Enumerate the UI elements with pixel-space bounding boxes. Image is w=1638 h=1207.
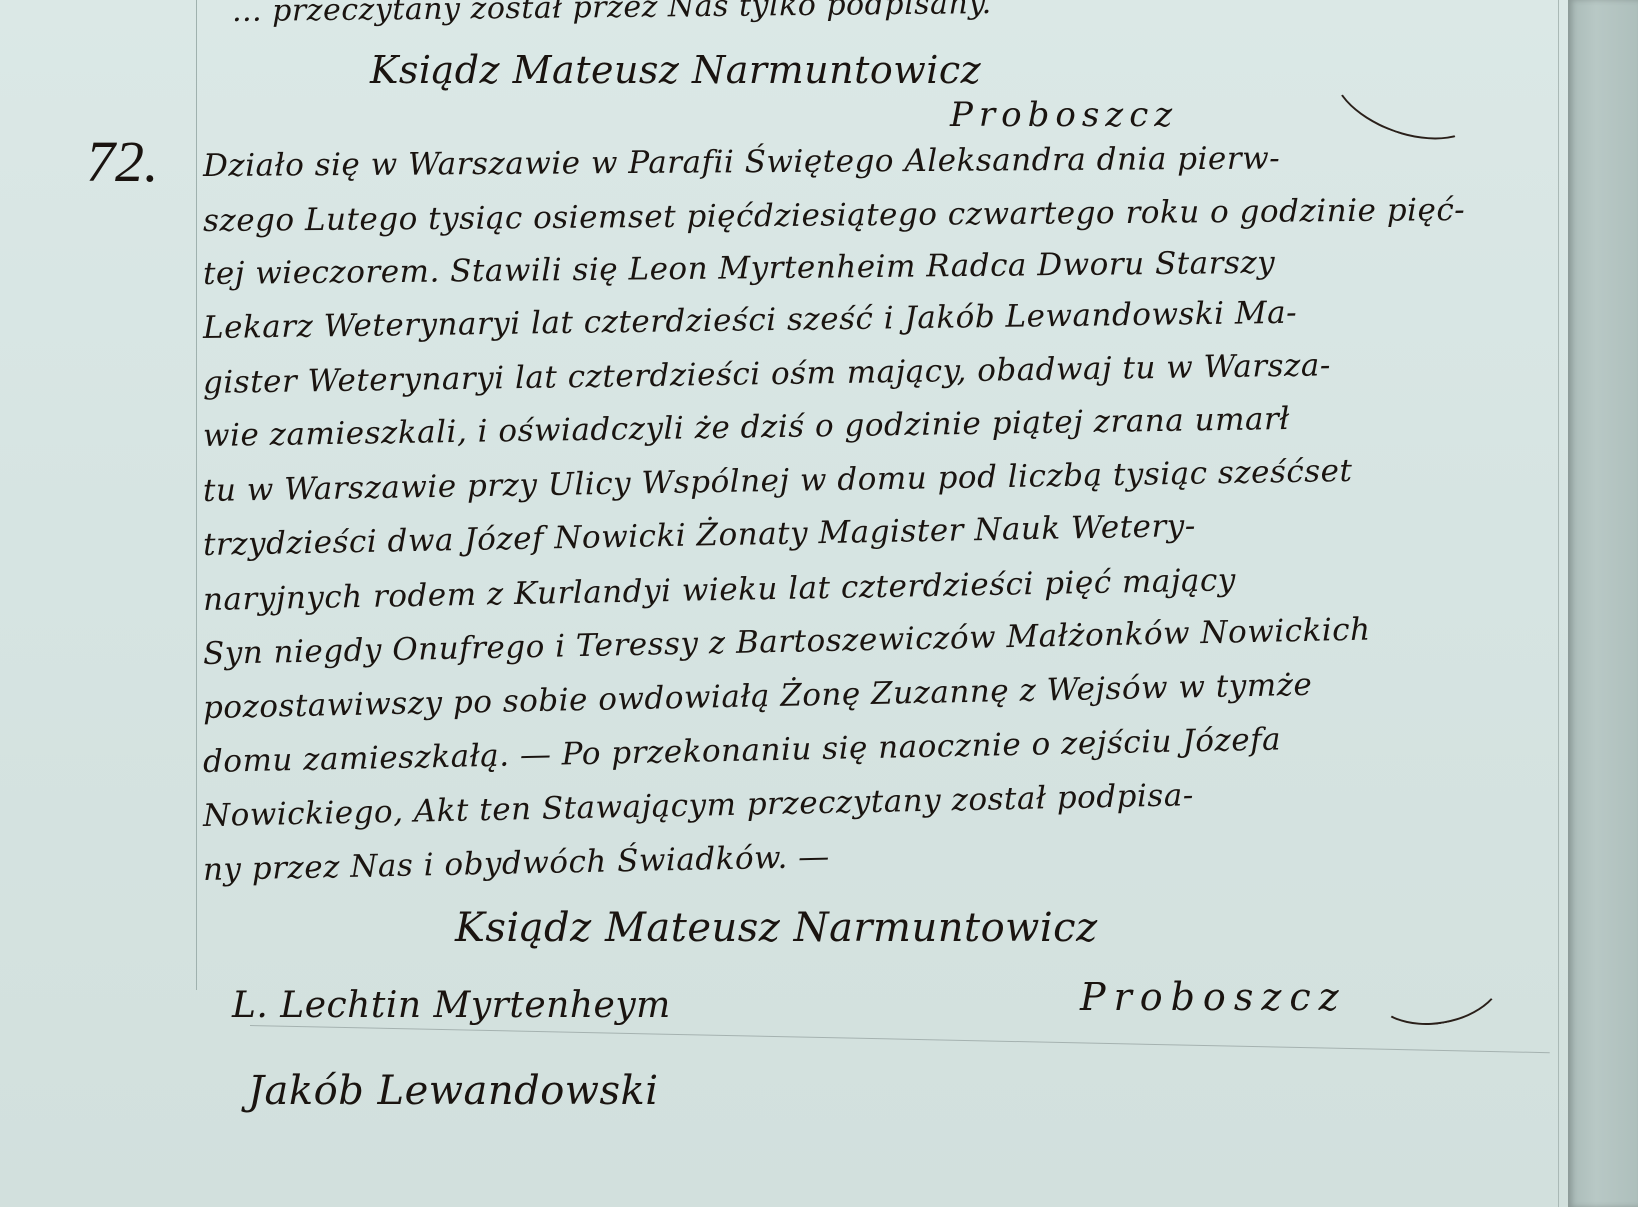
binding-gutter [1568,0,1638,1207]
record-line-1: Działo się w Warszawie w Parafii Święteg… [203,140,1280,184]
margin-rule-left [196,0,197,990]
priest-title: Proboszcz [1080,975,1347,1019]
act-number: 72. [86,128,159,195]
previous-act-priest-signature: Ksiądz Mateusz Narmuntowicz [370,48,981,92]
witness-1-signature: L. Lechtin Myrtenheym [232,985,671,1026]
witness-2-signature: Jakób Lewandowski [248,1068,659,1114]
priest-signature: Ksiądz Mateusz Narmuntowicz [455,905,1098,951]
margin-rule-right [1558,0,1559,1207]
previous-act-priest-title: Proboszcz [950,95,1178,135]
